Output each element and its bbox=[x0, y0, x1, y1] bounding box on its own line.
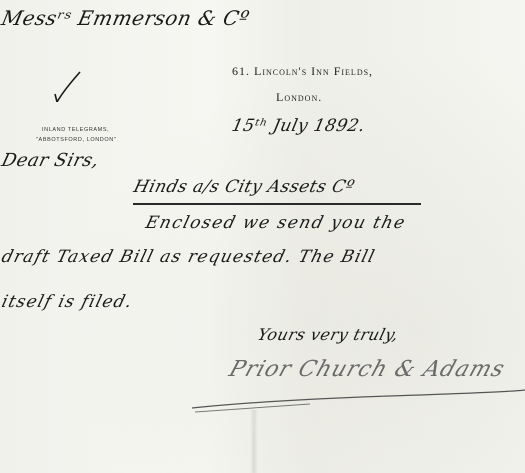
subject-line: Hinds a/s City Assets Cº bbox=[132, 177, 357, 197]
checkmark-icon bbox=[52, 62, 82, 102]
addressee: Messʳˢ Emmerson & Cº bbox=[0, 6, 252, 30]
salutation: Dear Sirs, bbox=[0, 150, 101, 171]
body-line-2: draft Taxed Bill as requested. The Bill bbox=[0, 247, 377, 267]
telegram-label: Inland Telegrams, bbox=[42, 127, 109, 133]
closing: Yours very truly, bbox=[256, 325, 401, 344]
telegram-address: "Abbotsford, London" bbox=[36, 137, 116, 143]
letter-page: Messʳˢ Emmerson & Cº 61. Lincoln's Inn F… bbox=[0, 0, 525, 473]
subject-underline bbox=[133, 203, 421, 205]
letter-date: 15ᵗʰ July 1892. bbox=[230, 116, 367, 136]
body-line-1: Enclosed we send you the bbox=[144, 213, 409, 233]
signature-flourish bbox=[190, 378, 525, 428]
letterhead-address-line2: London. bbox=[276, 90, 322, 105]
letterhead-address-line1: 61. Lincoln's Inn Fields, bbox=[232, 64, 373, 79]
body-line-3: itself is filed. bbox=[0, 292, 135, 312]
